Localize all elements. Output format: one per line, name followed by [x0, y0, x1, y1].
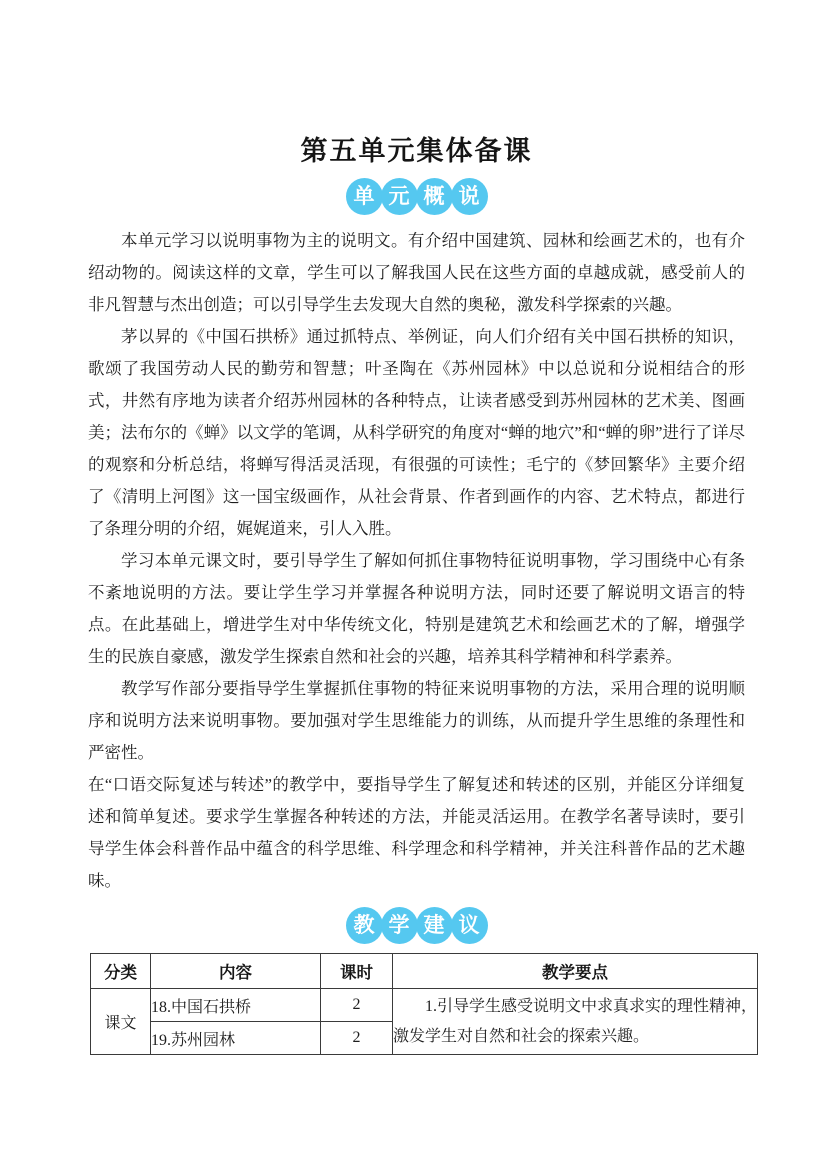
badge-circle: 说: [451, 178, 488, 215]
paragraph: 教学写作部分要指导学生掌握抓住事物的特征来说明事物的方法，采用合理的说明顺序和说…: [88, 673, 745, 769]
badge-circle: 议: [451, 907, 488, 944]
header-points: 教学要点: [393, 954, 758, 989]
paragraph: 茅以昇的《中国石拱桥》通过抓特点、举例证，向人们介绍有关中国石拱桥的知识，歌颂了…: [88, 321, 745, 545]
header-hours: 课时: [321, 954, 393, 989]
section-badge-teaching-suggestions: 教 学 建 议: [88, 906, 745, 944]
page-title: 第五单元集体备课: [88, 0, 745, 171]
badge-circle: 概: [416, 178, 453, 215]
category-cell: 课文: [91, 989, 151, 1055]
header-content: 内容: [151, 954, 321, 989]
badge-circle: 建: [416, 907, 453, 944]
teaching-plan-table: 分类 内容 课时 教学要点 课文 18.中国石拱桥 2 1.引导学生感受说明文中…: [90, 953, 758, 1055]
points-cell: 1.引导学生感受说明文中求真求实的理性精神，激发学生对自然和社会的探索兴趣。: [393, 989, 758, 1055]
badge-circle: 单: [346, 178, 383, 215]
lesson-cell: 18.中国石拱桥: [151, 989, 321, 1022]
hours-cell: 2: [321, 989, 393, 1022]
table-header-row: 分类 内容 课时 教学要点: [91, 954, 758, 989]
unit-overview-text: 本单元学习以说明事物为主的说明文。有介绍中国建筑、园林和绘画艺术的，也有介绍动物…: [88, 225, 745, 897]
page-content: 第五单元集体备课 单 元 概 说 本单元学习以说明事物为主的说明文。有介绍中国建…: [88, 0, 745, 1055]
badge-circle: 学: [381, 907, 418, 944]
table-row: 课文 18.中国石拱桥 2 1.引导学生感受说明文中求真求实的理性精神，激发学生…: [91, 989, 758, 1022]
hours-cell: 2: [321, 1022, 393, 1055]
paragraph: 本单元学习以说明事物为主的说明文。有介绍中国建筑、园林和绘画艺术的，也有介绍动物…: [88, 225, 745, 321]
section-badge-unit-overview: 单 元 概 说: [88, 177, 745, 215]
paragraph: 在“口语交际复述与转述”的教学中，要指导学生了解复述和转述的区别，并能区分详细复…: [88, 769, 745, 897]
header-category: 分类: [91, 954, 151, 989]
paragraph: 学习本单元课文时，要引导学生了解如何抓住事物特征说明事物，学习围绕中心有条不紊地…: [88, 545, 745, 673]
badge-circle: 教: [346, 907, 383, 944]
lesson-cell: 19.苏州园林: [151, 1022, 321, 1055]
badge-circle: 元: [381, 178, 418, 215]
document-page: 第五单元集体备课 单 元 概 说 本单元学习以说明事物为主的说明文。有介绍中国建…: [0, 0, 827, 1169]
